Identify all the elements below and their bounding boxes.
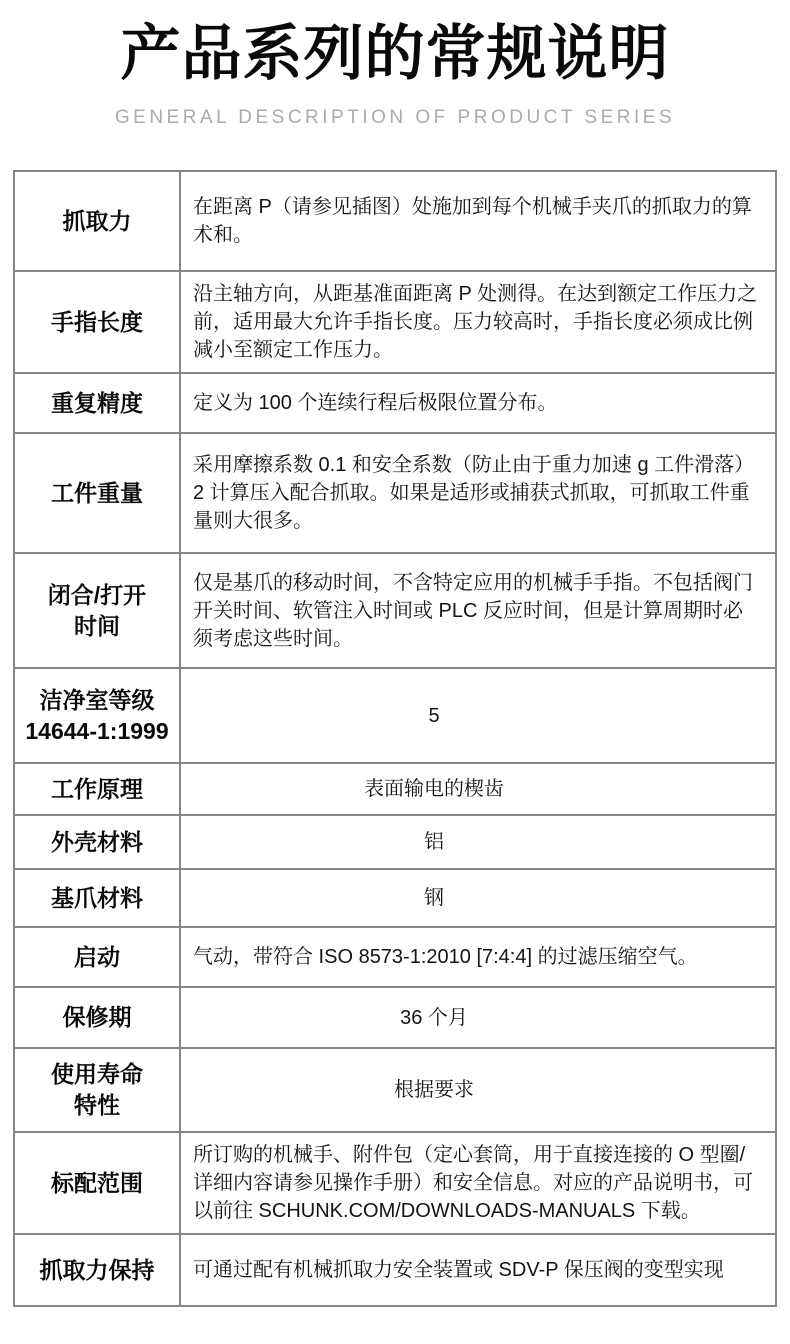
table-row: 保修期36 个月 (15, 986, 775, 1047)
page-subtitle: GENERAL DESCRIPTION OF PRODUCT SERIES (0, 107, 790, 129)
table-row: 抓取力在距离 P（请参见插图）处施加到每个机械手夹爪的抓取力的算术和。 (15, 172, 775, 270)
table-row: 使用寿命 特性根据要求 (15, 1047, 775, 1131)
table-row: 启动气动，带符合 ISO 8573-1:2010 [7:4:4] 的过滤压缩空气… (15, 926, 775, 986)
table-row: 抓取力保持可通过配有机械抓取力安全装置或 SDV-P 保压阀的变型实现 (15, 1233, 775, 1305)
row-value: 定义为 100 个连续行程后极限位置分布。 (181, 374, 775, 432)
row-value: 5 (181, 669, 775, 762)
row-label: 工作原理 (15, 764, 181, 814)
table-row: 工作原理表面输电的楔齿 (15, 762, 775, 814)
row-label: 使用寿命 特性 (15, 1049, 181, 1131)
table-row: 手指长度沿主轴方向，从距基准面距离 P 处测得。在达到额定工作压力之前，适用最大… (15, 270, 775, 372)
spec-table: 抓取力在距离 P（请参见插图）处施加到每个机械手夹爪的抓取力的算术和。手指长度沿… (13, 170, 777, 1307)
row-value: 在距离 P（请参见插图）处施加到每个机械手夹爪的抓取力的算术和。 (181, 172, 775, 270)
row-value: 可通过配有机械抓取力安全装置或 SDV-P 保压阀的变型实现 (181, 1235, 775, 1305)
row-label: 基爪材料 (15, 870, 181, 926)
row-value: 仅是基爪的移动时间，不含特定应用的机械手手指。不包括阀门开关时间、软管注入时间或… (181, 554, 775, 667)
row-value: 根据要求 (181, 1049, 775, 1131)
row-value: 采用摩擦系数 0.1 和安全系数（防止由于重力加速 g 工件滑落）2 计算压入配… (181, 434, 775, 552)
row-label: 抓取力保持 (15, 1235, 181, 1305)
row-label: 重复精度 (15, 374, 181, 432)
page-title: 产品系列的常规说明 (0, 24, 790, 84)
table-row: 基爪材料钢 (15, 868, 775, 926)
row-label: 标配范围 (15, 1133, 181, 1233)
row-value: 36 个月 (181, 988, 775, 1047)
row-label: 启动 (15, 928, 181, 986)
table-row: 洁净室等级 14644-1:19995 (15, 667, 775, 762)
table-row: 闭合/打开 时间仅是基爪的移动时间，不含特定应用的机械手手指。不包括阀门开关时间… (15, 552, 775, 667)
table-row: 标配范围所订购的机械手、附件包（定心套筒，用于直接连接的 O 型圈/详细内容请参… (15, 1131, 775, 1233)
row-label: 闭合/打开 时间 (15, 554, 181, 667)
row-value: 钢 (181, 870, 775, 926)
row-value: 表面输电的楔齿 (181, 764, 775, 814)
row-label: 洁净室等级 14644-1:1999 (15, 669, 181, 762)
row-value: 所订购的机械手、附件包（定心套筒，用于直接连接的 O 型圈/详细内容请参见操作手… (181, 1133, 775, 1233)
row-label: 保修期 (15, 988, 181, 1047)
table-row: 外壳材料铝 (15, 814, 775, 868)
row-value: 铝 (181, 816, 775, 868)
row-value: 沿主轴方向，从距基准面距离 P 处测得。在达到额定工作压力之前，适用最大允许手指… (181, 272, 775, 372)
document-header: 产品系列的常规说明 GENERAL DESCRIPTION OF PRODUCT… (0, 0, 790, 129)
table-row: 重复精度定义为 100 个连续行程后极限位置分布。 (15, 372, 775, 432)
row-label: 外壳材料 (15, 816, 181, 868)
row-label: 工件重量 (15, 434, 181, 552)
row-value: 气动，带符合 ISO 8573-1:2010 [7:4:4] 的过滤压缩空气。 (181, 928, 775, 986)
row-label: 手指长度 (15, 272, 181, 372)
table-row: 工件重量采用摩擦系数 0.1 和安全系数（防止由于重力加速 g 工件滑落）2 计… (15, 432, 775, 552)
row-label: 抓取力 (15, 172, 181, 270)
